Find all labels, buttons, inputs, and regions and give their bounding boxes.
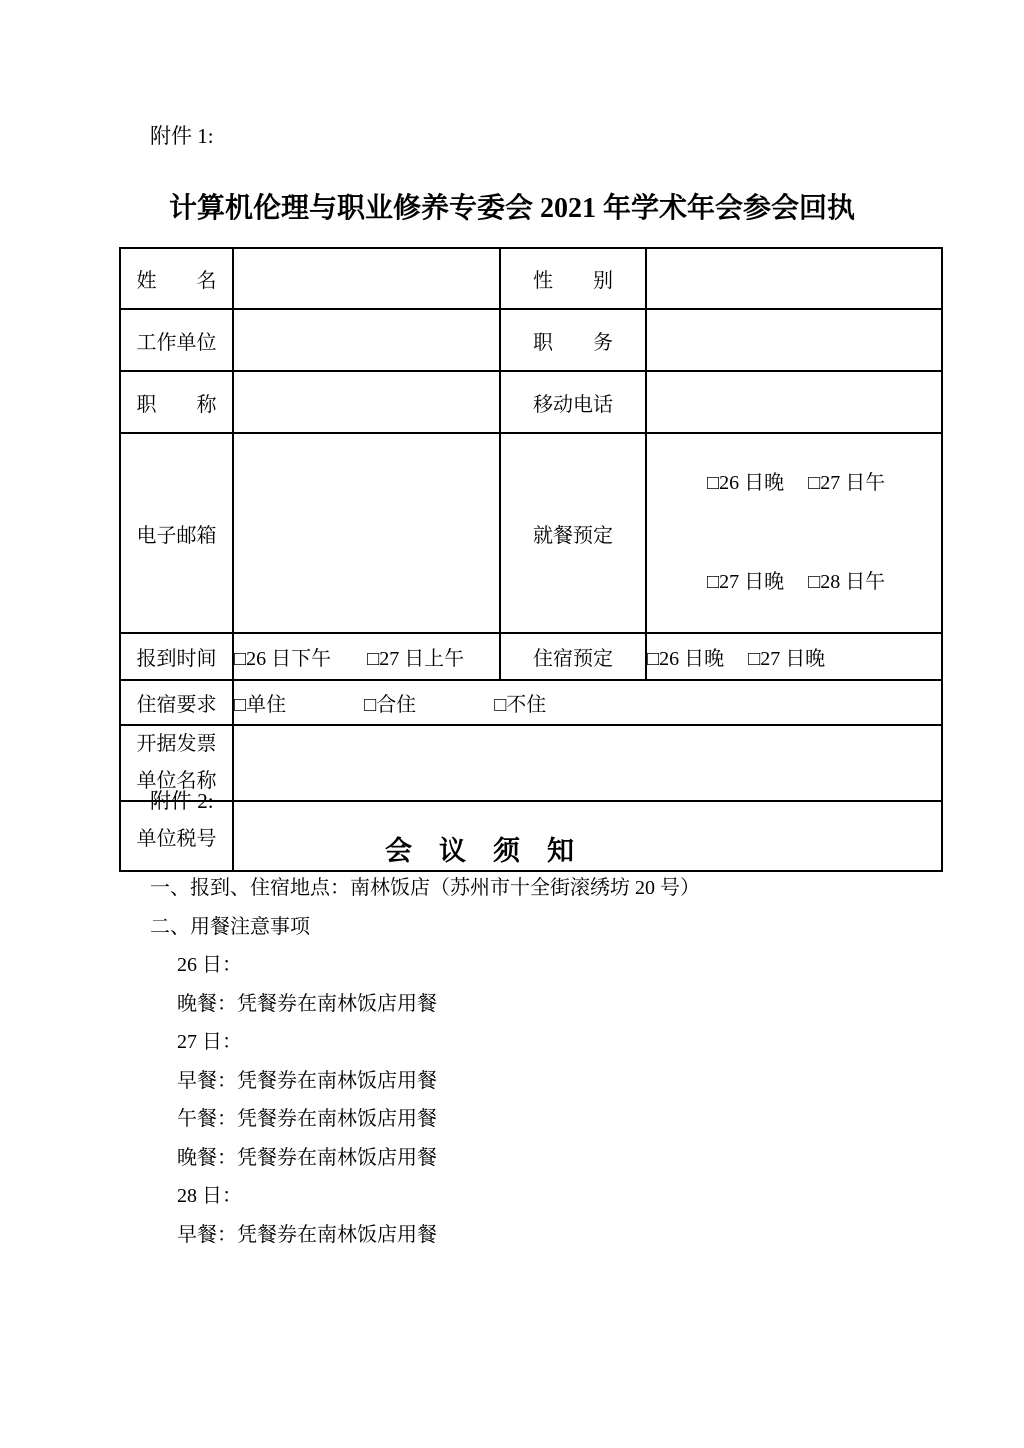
- notice-line-day27-breakfast: 早餐：凭餐券在南林饭店用餐: [150, 1062, 700, 1101]
- invoice-label-line1: 开据发票: [121, 726, 232, 763]
- option-label: 27 日晚: [719, 571, 784, 593]
- lodging-label-cell: 住宿预定: [500, 633, 646, 680]
- notice-line-day27: 27 日：: [150, 1023, 700, 1062]
- checkbox-unchecked-icon[interactable]: □: [808, 571, 820, 593]
- position-input-cell[interactable]: [646, 309, 942, 371]
- title-label-cell: 职 称: [120, 371, 233, 433]
- gender-label-cell: 性 别: [500, 248, 646, 309]
- arrival-options-cell: □26 日下午□27 日上午: [233, 633, 500, 680]
- notice-title: 会 议 须 知: [385, 829, 574, 868]
- title-input-cell[interactable]: [233, 371, 500, 433]
- checkbox-unchecked-icon[interactable]: □: [364, 694, 376, 716]
- table-row: 职 称 移动电话: [120, 371, 942, 433]
- invoice-input-cell[interactable]: [233, 725, 942, 801]
- option-label: 26 日晚: [659, 648, 724, 670]
- attachment1-label: 附件 1:: [150, 124, 214, 148]
- arrival-option-26-afternoon[interactable]: □26 日下午: [234, 648, 331, 670]
- meal-options-cell: □26 日晚□27 日午 □27 日晚□28 日午: [646, 433, 942, 633]
- registration-form-table: 姓 名 性 别 工作单位 职 务 职 称 移动电话 电子邮箱 就餐预定: [119, 247, 943, 872]
- notice-line-day28: 28 日：: [150, 1177, 700, 1216]
- meal-option-26-dinner[interactable]: □26 日晚: [707, 472, 784, 494]
- document-page: 附件 1: 计算机伦理与职业修养专委会 2021 年学术年会参会回执 姓 名 性…: [0, 0, 1024, 1448]
- table-row: 姓 名 性 别: [120, 248, 942, 309]
- lodging-option-27-night[interactable]: □27 日晚: [748, 648, 825, 670]
- mobile-input-cell[interactable]: [646, 371, 942, 433]
- option-label: 27 日午: [820, 472, 885, 494]
- work-unit-input-cell[interactable]: [233, 309, 500, 371]
- table-row: 住宿要求 □单住□合住□不住: [120, 680, 942, 725]
- option-label: 合住: [376, 694, 416, 716]
- form-title: 计算机伦理与职业修养专委会 2021 年学术年会参会回执: [110, 186, 914, 226]
- name-label-cell: 姓 名: [120, 248, 233, 309]
- email-label-cell: 电子邮箱: [120, 433, 233, 633]
- option-label: 不住: [506, 694, 546, 716]
- lodging-options-cell: □26 日晚□27 日晚: [646, 633, 942, 680]
- checkbox-unchecked-icon[interactable]: □: [647, 648, 659, 670]
- gender-input-cell[interactable]: [646, 248, 942, 309]
- option-label: 26 日下午: [246, 648, 331, 670]
- checkbox-unchecked-icon[interactable]: □: [707, 472, 719, 494]
- checkbox-unchecked-icon[interactable]: □: [808, 472, 820, 494]
- room-option-single[interactable]: □单住: [234, 694, 286, 716]
- notice-line-meal-notes-heading: 二、用餐注意事项: [150, 908, 700, 947]
- notice-line-day27-dinner: 晚餐：凭餐券在南林饭店用餐: [150, 1139, 700, 1178]
- meal-option-27-dinner[interactable]: □27 日晚: [707, 571, 784, 593]
- room-options-cell: □单住□合住□不住: [233, 680, 942, 725]
- notice-line-day28-breakfast: 早餐：凭餐券在南林饭店用餐: [150, 1216, 700, 1255]
- checkbox-unchecked-icon[interactable]: □: [367, 648, 379, 670]
- checkbox-unchecked-icon[interactable]: □: [234, 648, 246, 670]
- arrival-label-cell: 报到时间: [120, 633, 233, 680]
- room-option-shared[interactable]: □合住: [364, 694, 416, 716]
- checkbox-unchecked-icon[interactable]: □: [748, 648, 760, 670]
- option-label: 28 日午: [820, 571, 885, 593]
- option-label: 26 日晚: [719, 472, 784, 494]
- checkbox-unchecked-icon[interactable]: □: [707, 571, 719, 593]
- room-label-cell: 住宿要求: [120, 680, 233, 725]
- tax-id-input-cell[interactable]: [233, 801, 942, 871]
- attachment2-label: 附件 2:: [150, 789, 214, 813]
- notice-line-day27-lunch: 午餐：凭餐券在南林饭店用餐: [150, 1100, 700, 1139]
- work-unit-label-cell: 工作单位: [120, 309, 233, 371]
- option-label: 27 日上午: [379, 648, 464, 670]
- lodging-option-26-night[interactable]: □26 日晚: [647, 648, 724, 670]
- meal-option-27-lunch[interactable]: □27 日午: [808, 472, 885, 494]
- email-input-cell[interactable]: [233, 433, 500, 633]
- table-row: 电子邮箱 就餐预定 □26 日晚□27 日午 □27 日晚□28 日午: [120, 433, 942, 633]
- table-row: 工作单位 职 务: [120, 309, 942, 371]
- notice-body: 一、报到、住宿地点：南林饭店（苏州市十全街滚绣坊 20 号） 二、用餐注意事项 …: [150, 869, 700, 1254]
- meal-label-cell: 就餐预定: [500, 433, 646, 633]
- name-input-cell[interactable]: [233, 248, 500, 309]
- position-label-cell: 职 务: [500, 309, 646, 371]
- table-row: 开据发票 单位名称: [120, 725, 942, 801]
- mobile-label-cell: 移动电话: [500, 371, 646, 433]
- meal-option-28-lunch[interactable]: □28 日午: [808, 571, 885, 593]
- table-row: 报到时间 □26 日下午□27 日上午 住宿预定 □26 日晚□27 日晚: [120, 633, 942, 680]
- notice-line-day26-dinner: 晚餐：凭餐券在南林饭店用餐: [150, 985, 700, 1024]
- room-option-none[interactable]: □不住: [494, 694, 546, 716]
- notice-line-day26: 26 日：: [150, 946, 700, 985]
- checkbox-unchecked-icon[interactable]: □: [234, 694, 246, 716]
- checkbox-unchecked-icon[interactable]: □: [494, 694, 506, 716]
- option-label: 27 日晚: [760, 648, 825, 670]
- option-label: 单住: [246, 694, 286, 716]
- notice-line-registration-location: 一、报到、住宿地点：南林饭店（苏州市十全街滚绣坊 20 号）: [150, 869, 700, 908]
- arrival-option-27-morning[interactable]: □27 日上午: [367, 648, 464, 670]
